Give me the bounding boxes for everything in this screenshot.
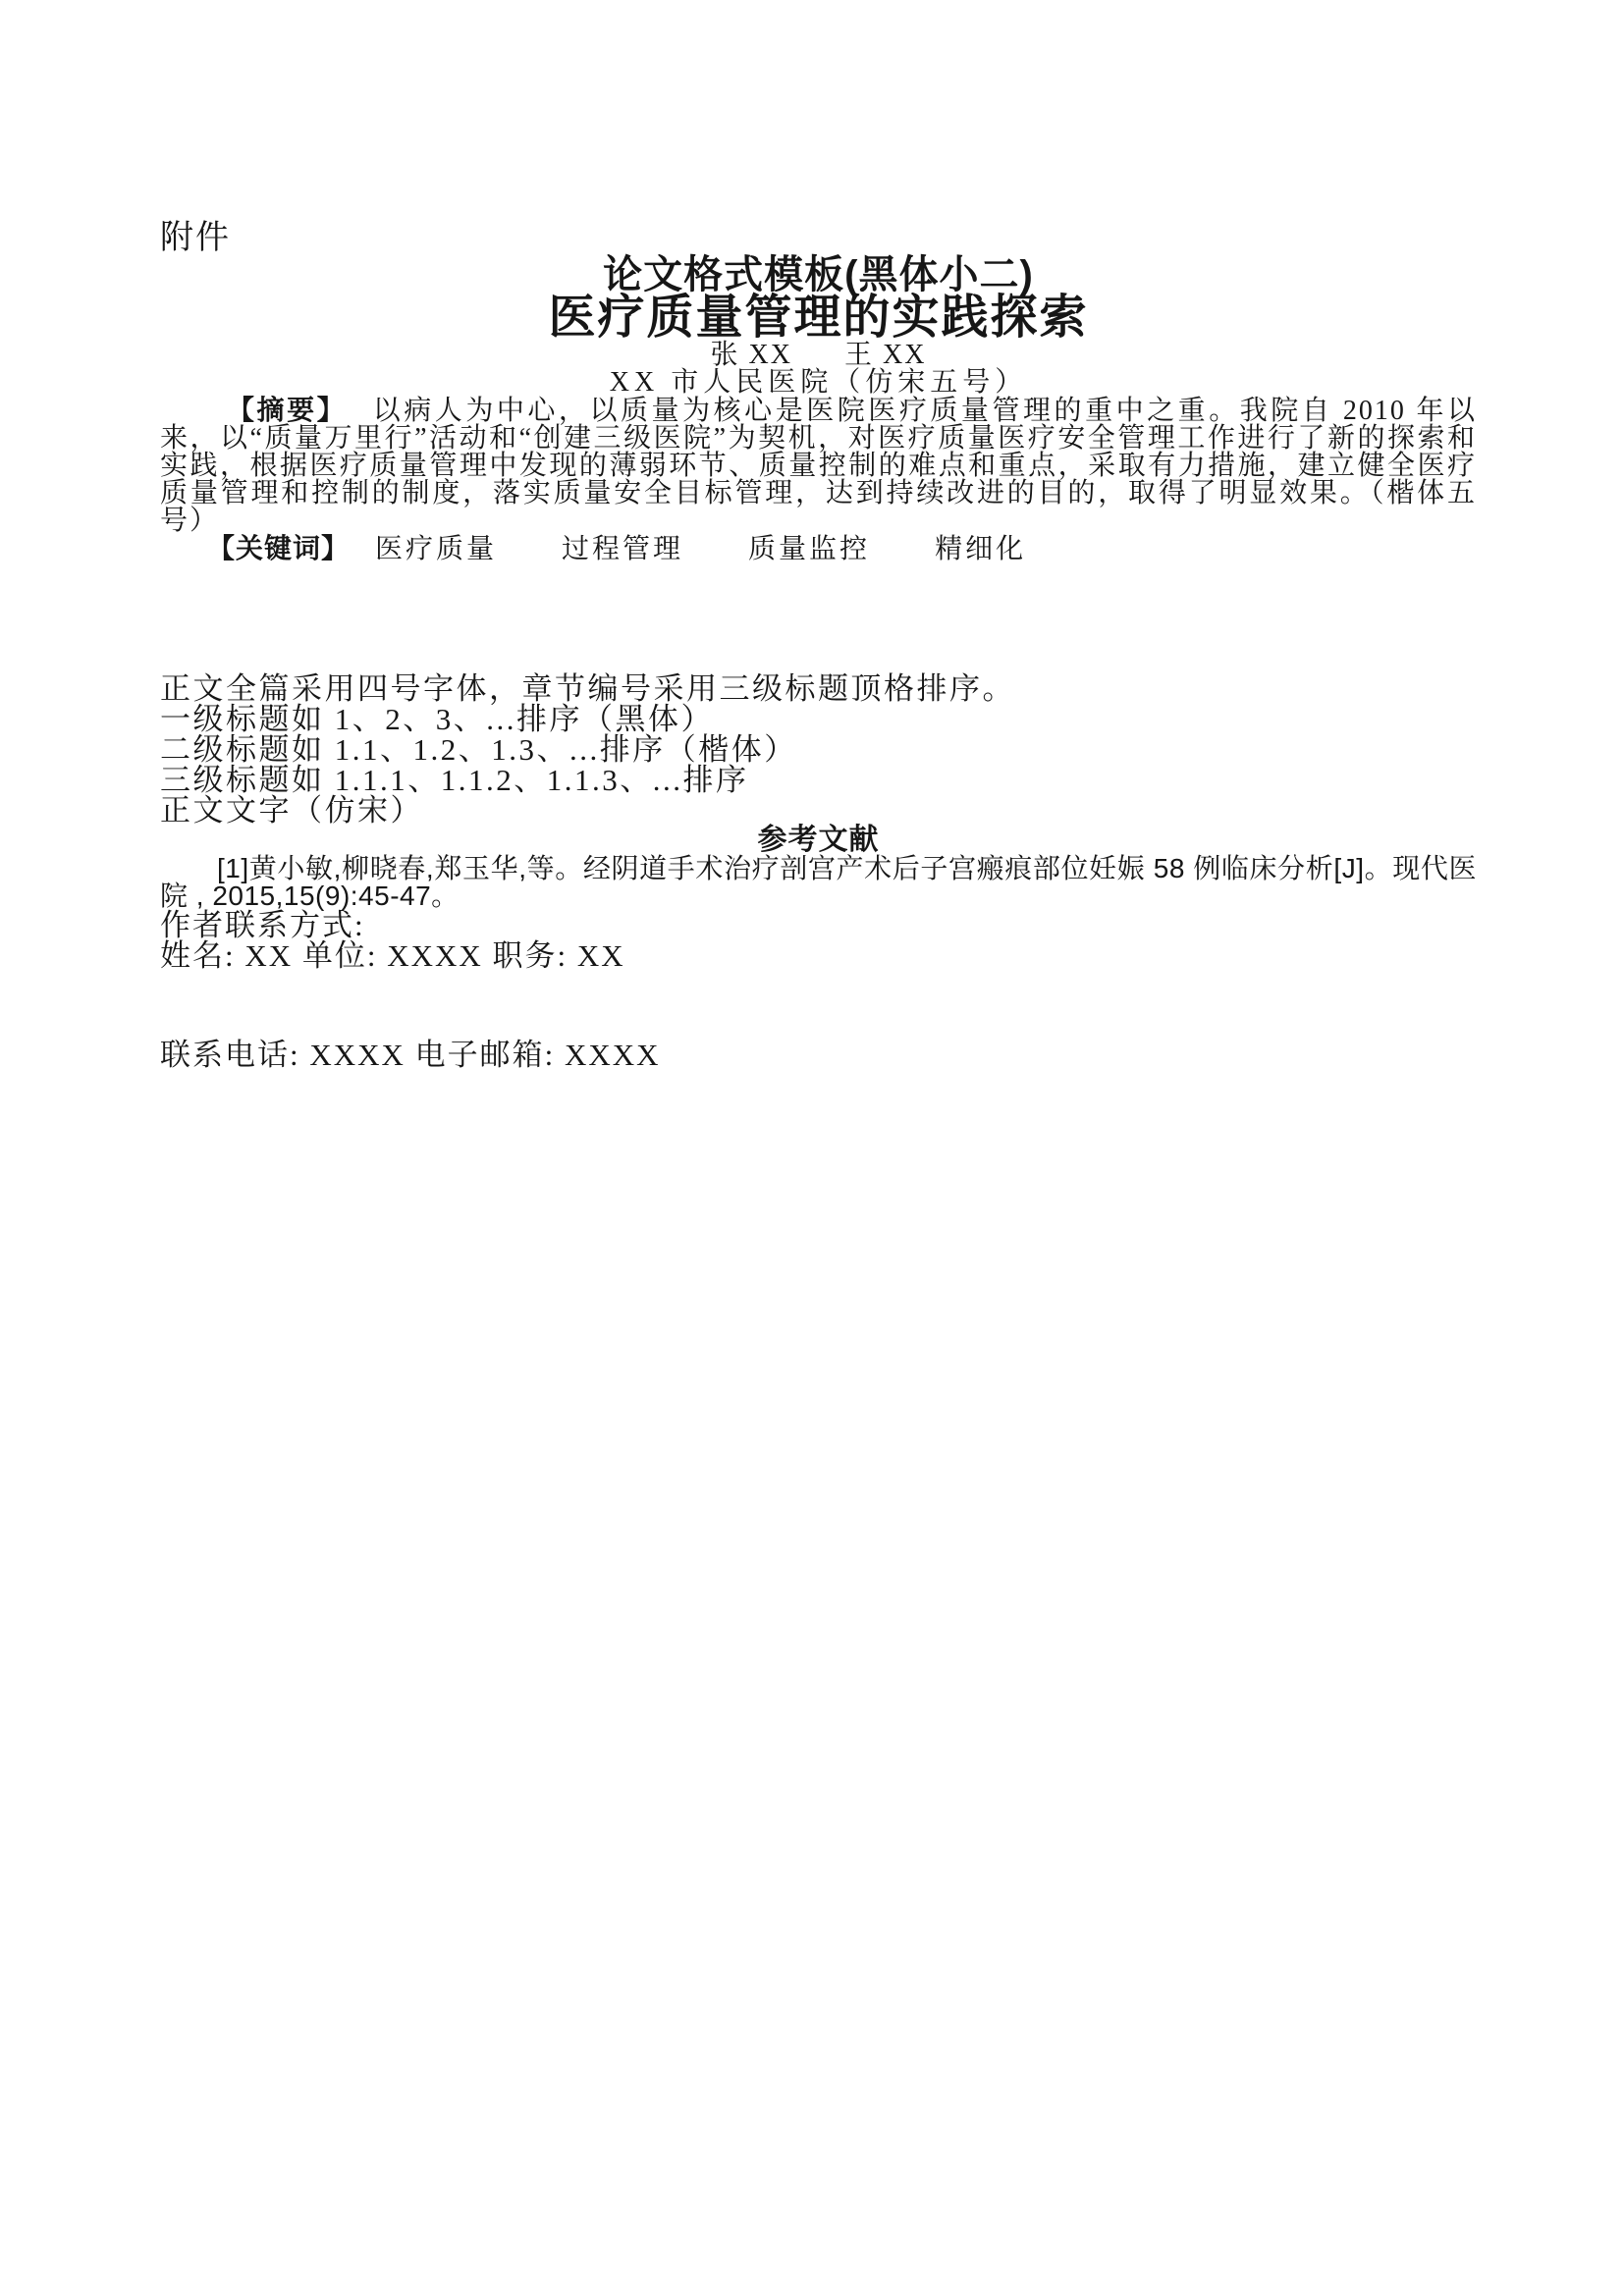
paper-title: 医疗质量管理的实践探索 bbox=[160, 294, 1477, 342]
author-name: 王 XX bbox=[844, 340, 926, 370]
contact-intro: 作者联系方式: bbox=[160, 910, 1477, 940]
body-paragraph-heading1-example: 一级标题如 1、2、3、...排序（黑体） bbox=[160, 704, 1477, 734]
keyword-item: 精细化 bbox=[935, 534, 1026, 564]
abstract-paragraph: 【摘要】 以病人为中心，以质量为核心是医院医疗质量管理的重中之重。我院自 201… bbox=[160, 397, 1477, 535]
contact-name-line: 姓名: XX 单位: XXXX 职务: XX bbox=[160, 940, 1477, 971]
contact-phone-line: 联系电话: XXXX 电子邮箱: XXXX bbox=[160, 1040, 1477, 1070]
attachment-label: 附件 bbox=[160, 222, 1477, 255]
document-page: 附件 论文格式模板(黑体小二) 医疗质量管理的实践探索 张 XX 王 XX XX… bbox=[0, 0, 1624, 2296]
keyword-item: 质量监控 bbox=[748, 534, 870, 564]
reference-entry: [1]黄小敏,柳晓春,郑玉华,等。经阴道手术治疗剖宫产术后子宫瘢痕部位妊娠 58… bbox=[160, 855, 1477, 910]
keyword-item: 医疗质量 bbox=[375, 534, 497, 564]
template-title: 论文格式模板(黑体小二) bbox=[160, 255, 1477, 294]
body-paragraph-heading3-example: 三级标题如 1.1.1、1.1.2、1.1.3、...排序 bbox=[160, 765, 1477, 795]
authors-line: 张 XX 王 XX bbox=[160, 342, 1477, 369]
keyword-item: 过程管理 bbox=[562, 534, 683, 564]
body-paragraph: 正文全篇采用四号字体，章节编号采用三级标题顶格排序。 bbox=[160, 673, 1477, 704]
references-heading: 参考文献 bbox=[160, 826, 1477, 855]
keywords-line: 【关键词】 医疗质量 过程管理 质量监控 精细化 bbox=[160, 535, 1477, 563]
body-paragraph-heading2-example: 二级标题如 1.1、1.2、1.3、...排序（楷体） bbox=[160, 734, 1477, 765]
body-paragraph-bodytext-note: 正文文字（仿宋） bbox=[160, 795, 1477, 826]
affiliation: XX 市人民医院（仿宋五号） bbox=[160, 369, 1477, 397]
author-name: 张 XX bbox=[711, 340, 792, 370]
abstract-label: 【摘要】 bbox=[227, 395, 347, 425]
abstract-text: 以病人为中心，以质量为核心是医院医疗质量管理的重中之重。我院自 2010 年以来… bbox=[160, 396, 1477, 536]
keywords-label: 【关键词】 bbox=[207, 533, 350, 563]
